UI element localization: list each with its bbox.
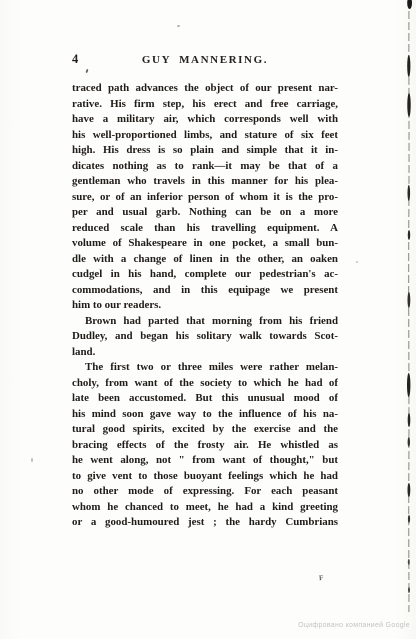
ink-speck	[85, 69, 88, 73]
text-line: sure, or of an inferior person of whom i…	[72, 190, 338, 206]
text-line: traced path advances the object of our p…	[72, 81, 338, 97]
text-line: cudgel in his hand, complete our pedestr…	[72, 267, 338, 283]
text-line: Dudley, and began his solitary walk towa…	[72, 329, 338, 345]
text-line: high. His dress is so plain and simple t…	[72, 143, 338, 159]
text-line: tural good spirits, excited by the exerc…	[72, 422, 338, 438]
text-line: whom he chanced to meet, he had a kind g…	[72, 500, 338, 516]
scan-edge-artifact	[400, 0, 416, 639]
text-line: his well-proportioned limbs, and stature…	[72, 128, 338, 144]
text-line: per and usual garb. Nothing can be on a …	[72, 205, 338, 221]
page-header: 4 GUY MANNERING.	[72, 52, 338, 67]
text-line: him to our readers.	[72, 298, 338, 314]
page-text: traced path advances the object of our p…	[72, 81, 338, 531]
text-line: to give vent to those buoyant feelings w…	[72, 469, 338, 485]
text-line: choly, from want of the society to which…	[72, 376, 338, 392]
ink-speck	[31, 458, 33, 462]
text-line: his mind soon gave way to the influence …	[72, 407, 338, 423]
text-line: dle with a change of linen in the other,…	[72, 252, 338, 268]
running-title: GUY MANNERING.	[72, 53, 338, 68]
text-line: bracing effects of the frosty air. He wh…	[72, 438, 338, 454]
text-line: dicates nothing as to rank—it may be tha…	[72, 159, 338, 175]
ink-speck	[177, 25, 180, 27]
text-line: late been accustomed. But this unusual m…	[72, 391, 338, 407]
text-line: volume of Shakespeare in one pocket, a s…	[72, 236, 338, 252]
text-line: have a military air, which corresponds w…	[72, 112, 338, 128]
text-line: The first two or three miles were rather…	[72, 360, 338, 376]
text-line: reduced scale than his travelling equipm…	[72, 221, 338, 237]
scanned-book-page: 4 GUY MANNERING. traced path advances th…	[0, 0, 416, 639]
signature-mark: F	[319, 574, 324, 582]
ink-speck	[356, 261, 358, 263]
text-line: he went along, not " from want of though…	[72, 453, 338, 469]
text-line: no other mode of expressing. For each pe…	[72, 484, 338, 500]
text-line: Brown had parted that morning from his f…	[72, 314, 338, 330]
text-line: land.	[72, 345, 338, 361]
text-line: gentleman who travels in this manner for…	[72, 174, 338, 190]
text-line: commodations, and in this equipage we pr…	[72, 283, 338, 299]
text-line: or a good-humoured jest ; the hardy Cumb…	[72, 515, 338, 531]
text-line: rative. His firm step, his erect and fre…	[72, 97, 338, 113]
digitization-watermark: Оцифровано компанией Google	[298, 622, 410, 629]
